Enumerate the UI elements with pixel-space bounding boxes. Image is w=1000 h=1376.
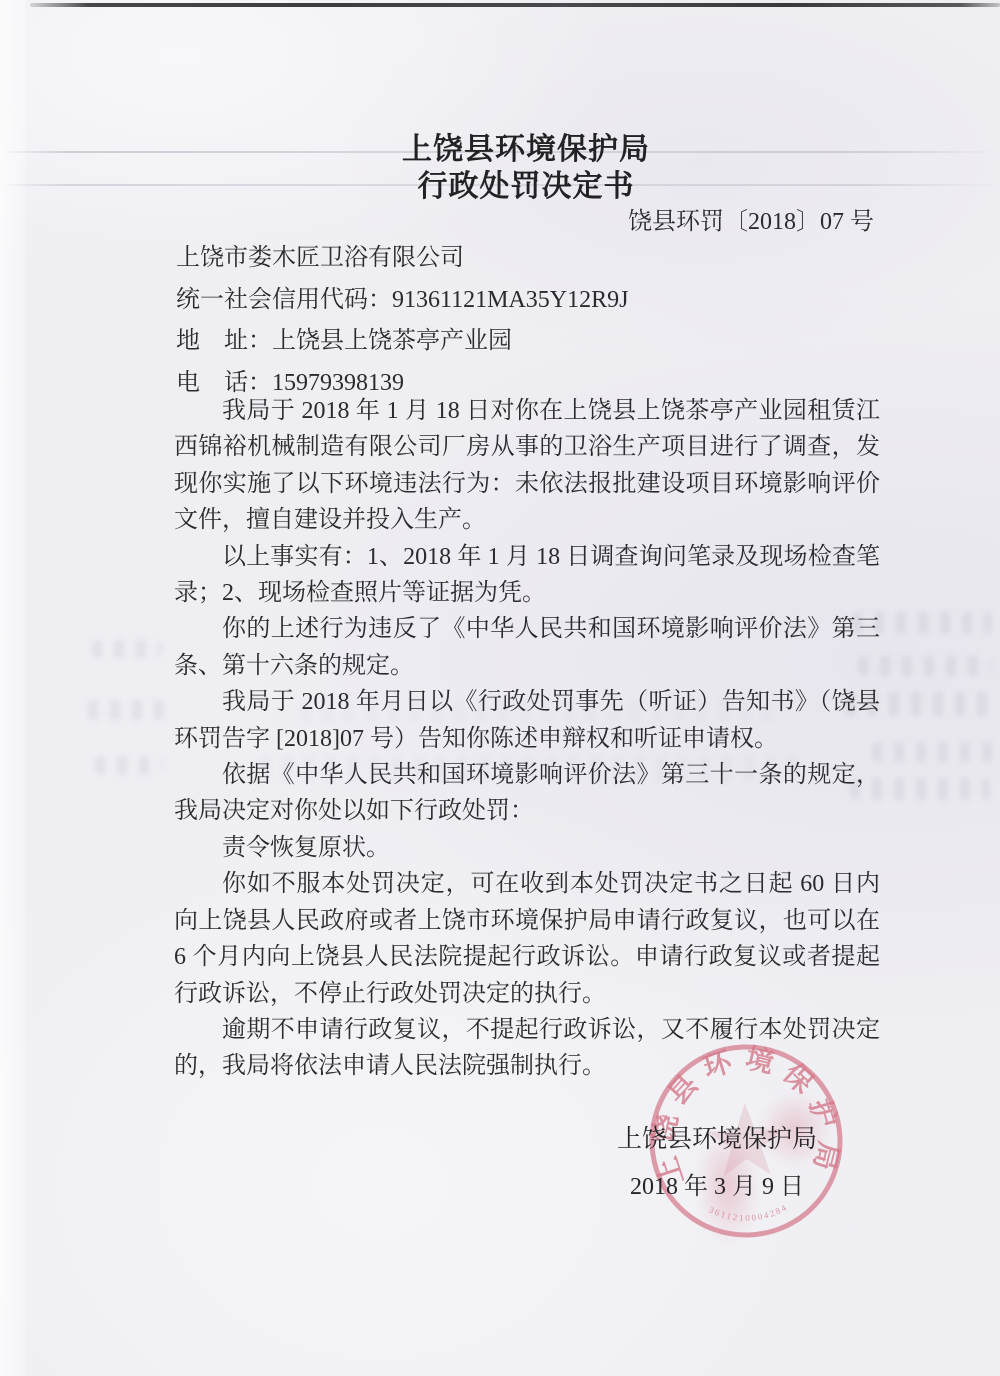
document-title: 行政处罚决定书	[166, 161, 886, 205]
recipient-credit-code: 统一社会信用代码：91361121MA35Y12R9J	[176, 280, 886, 322]
scan-margin-strip	[0, 0, 26, 1376]
document-body: 我局于 2018 年 1 月 18 日对你在上饶县上饶茶亭产业园租赁江西锦裕机械…	[174, 393, 880, 1085]
signature-org: 上饶县环境保护局	[557, 1119, 877, 1155]
bleed-through-artifact	[95, 756, 163, 774]
recipient-company: 上饶市娄木匠卫浴有限公司	[176, 238, 886, 280]
doc-number: 饶县环罚〔2018〕07 号	[166, 201, 886, 236]
body-paragraph: 以上事实有：1、2018 年 1 月 18 日调查询问笔录及现场检查笔录；2、现…	[174, 539, 880, 612]
body-paragraph: 你如不服本处罚决定，可在收到本处罚决定书之日起 60 日内向上饶县人民政府或者上…	[174, 866, 880, 1012]
body-paragraph: 我局于 2018 年 1 月 18 日对你在上饶县上饶茶亭产业园租赁江西锦裕机械…	[174, 393, 880, 539]
bleed-through-artifact	[88, 700, 164, 720]
signature-date: 2018 年 3 月 9 日	[557, 1166, 877, 1201]
bleed-through-artifact	[872, 742, 994, 762]
scanned-document-page: 上饶县环境保护局 行政处罚决定书 饶县环罚〔2018〕07 号 上饶市娄木匠卫浴…	[0, 0, 1000, 1376]
body-paragraph: 你的上述行为违反了《中华人民共和国环境影响评价法》第三条、第十六条的规定。	[174, 611, 880, 684]
body-paragraph: 我局于 2018 年月日以《行政处罚事先（听证）告知书》（饶县环罚告字 [201…	[174, 684, 880, 757]
body-paragraph: 依据《中华人民共和国环境影响评价法》第三十一条的规定，我局决定对你处以如下行政处…	[174, 757, 880, 830]
recipient-block: 上饶市娄木匠卫浴有限公司 统一社会信用代码：91361121MA35Y12R9J…	[176, 238, 886, 404]
scanner-edge-line	[30, 3, 1000, 7]
bleed-through-artifact	[92, 640, 162, 658]
body-paragraph: 责令恢复原状。	[174, 830, 880, 866]
signature-block: 上饶县环境保护局 2018 年 3 月 9 日	[557, 1119, 877, 1201]
recipient-address: 地 址：上饶县上饶茶亭产业园	[176, 321, 886, 363]
